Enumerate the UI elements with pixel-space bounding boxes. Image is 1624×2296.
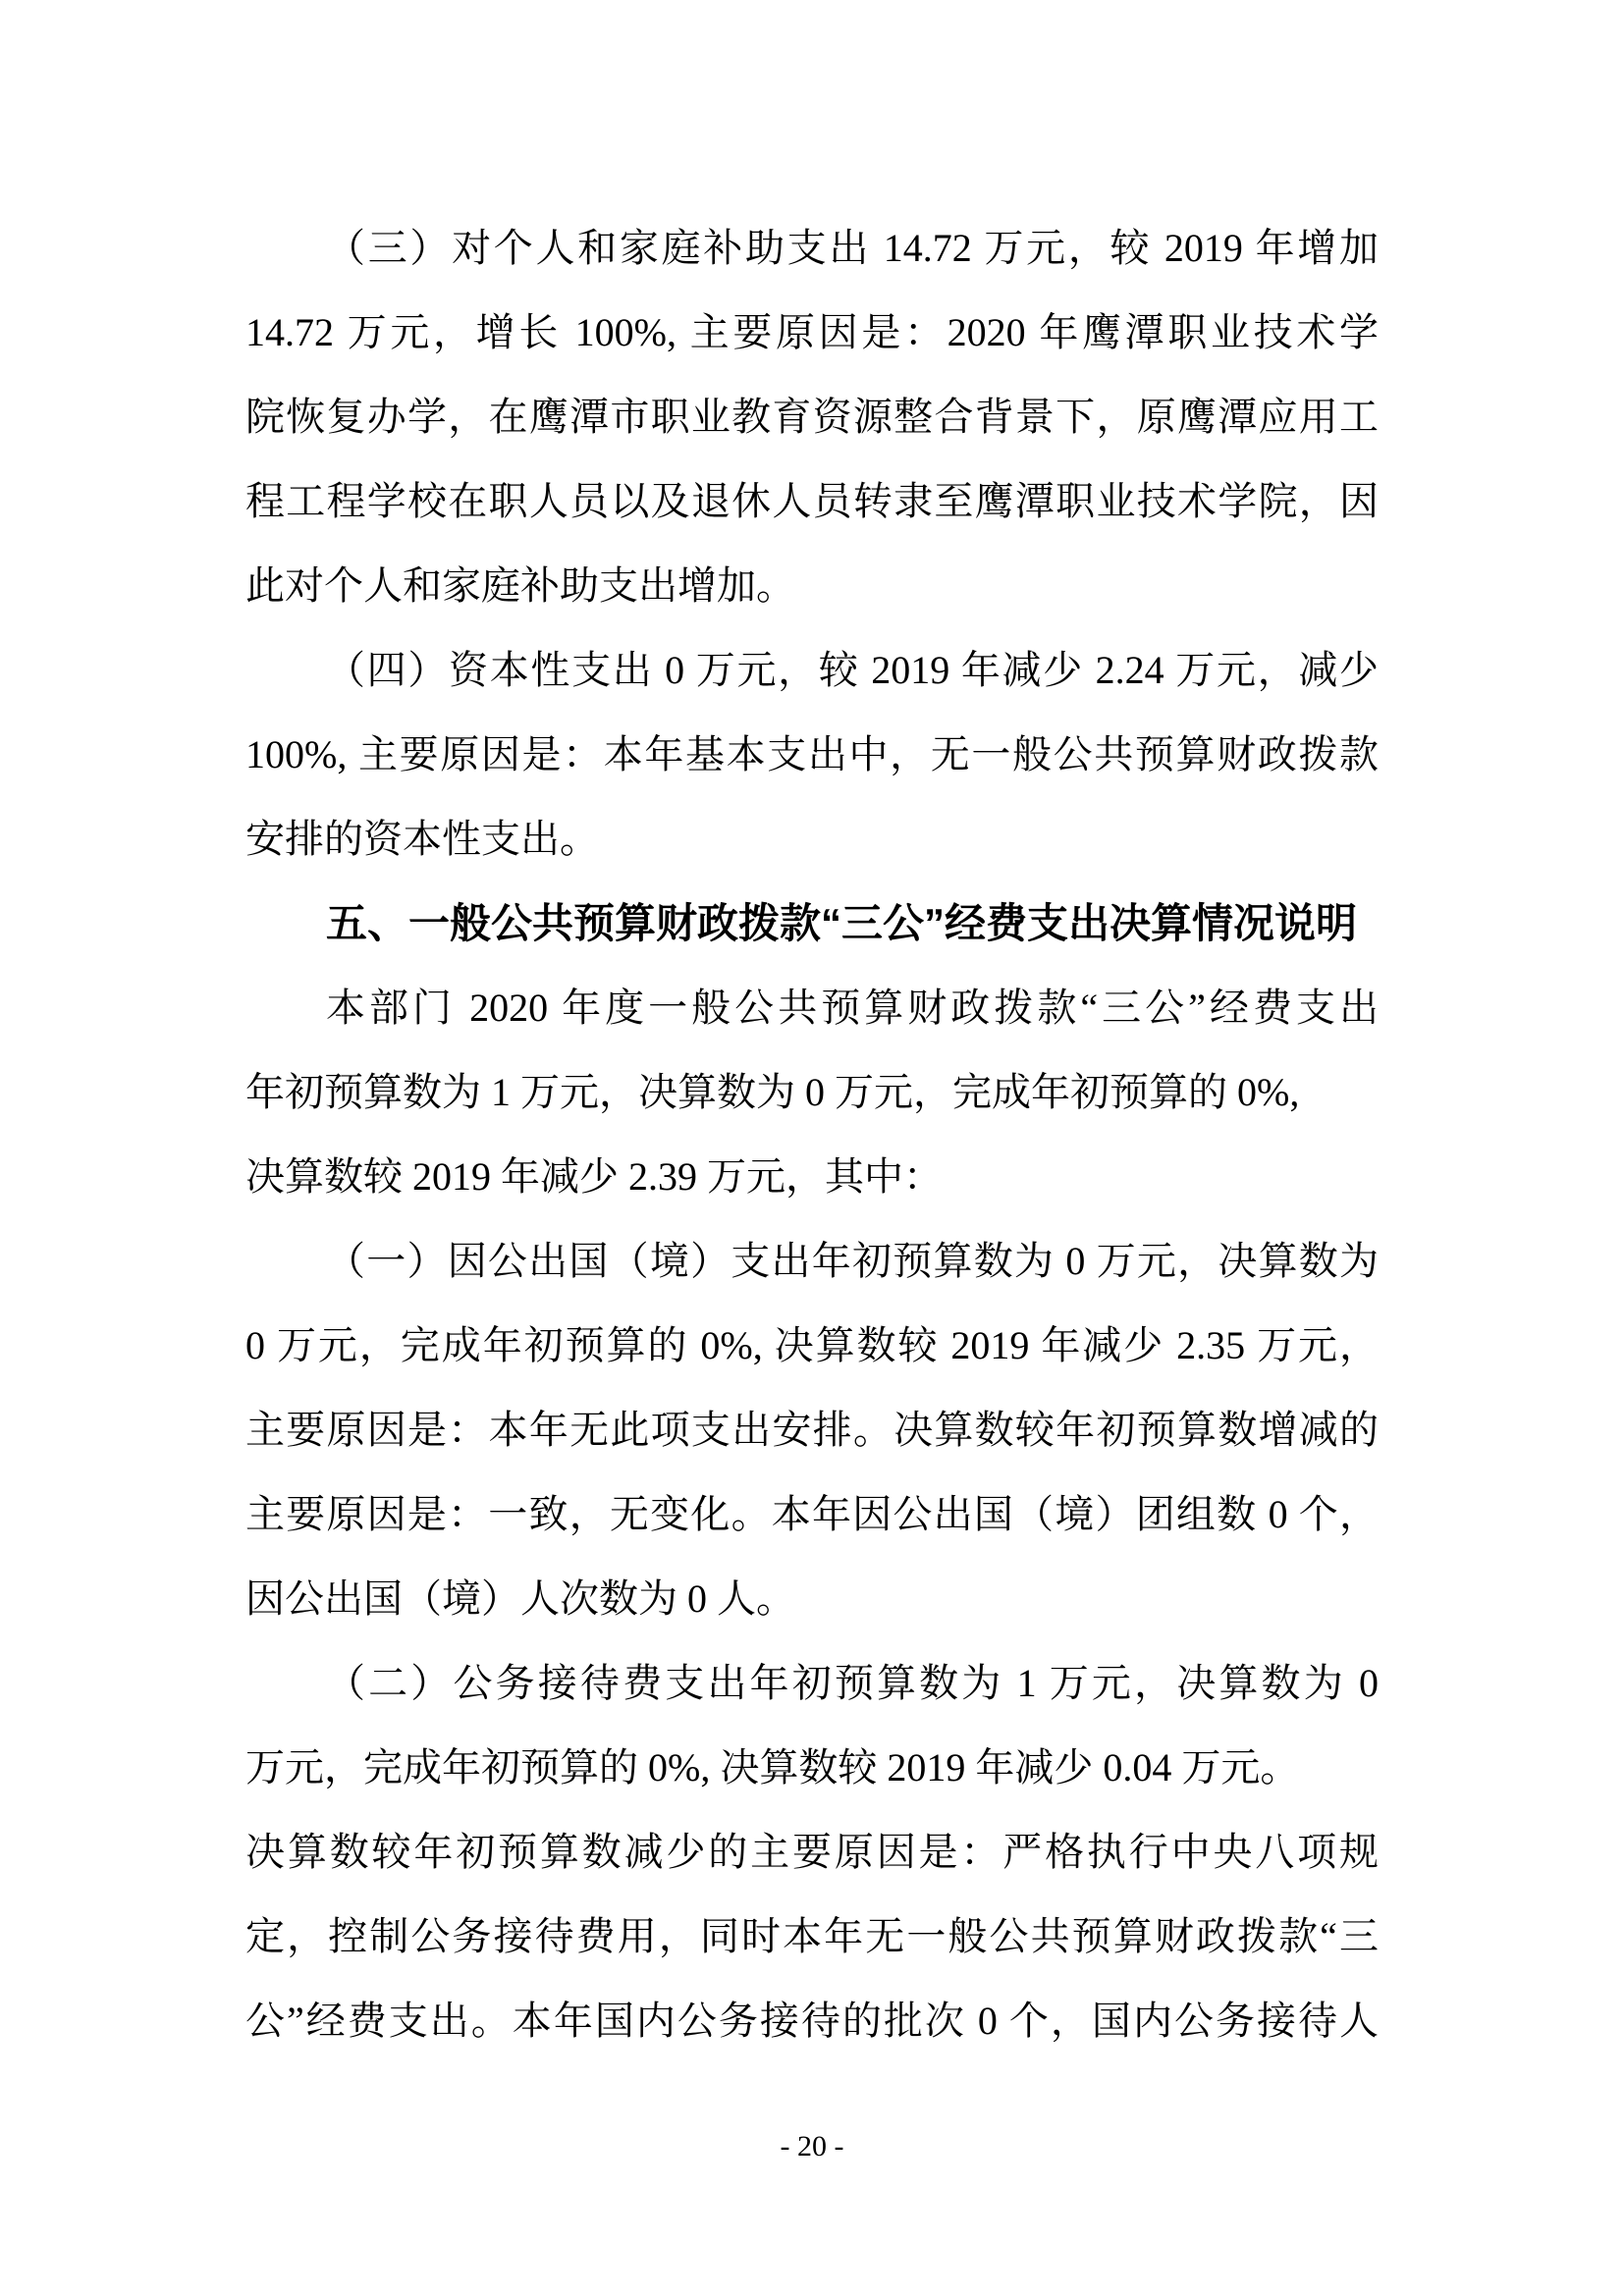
text-line: 因公出国（境）人次数为 0 人。 [245,1557,1379,1641]
text-line: 定，控制公务接待费用，同时本年无一般公共预算财政拨款“三 [245,1895,1379,1979]
text-line: 程工程学校在职人员以及退休人员转隶至鹰潭职业技术学院，因 [245,459,1379,544]
text-line: 主要原因是：一致，无变化。本年因公出国（境）团组数 0 个， [245,1472,1379,1557]
text-line: 公”经费支出。本年国内公务接待的批次 0 个，国内公务接待人 [245,1979,1379,2063]
text-line: （三）对个人和家庭补助支出 14.72 万元，较 2019 年增加 [245,206,1379,291]
text-line: 决算数较年初预算数减少的主要原因是：严格执行中央八项规 [245,1810,1379,1895]
text-line: 院恢复办学，在鹰潭市职业教育资源整合背景下，原鹰潭应用工 [245,375,1379,459]
text-line: 年初预算数为 1 万元，决算数为 0 万元，完成年初预算的 0%, [245,1050,1379,1135]
text-line: 决算数较 2019 年减少 2.39 万元，其中： [245,1135,1379,1219]
text-line: 100%, 主要原因是：本年基本支出中，无一般公共预算财政拨款 [245,713,1379,797]
section-heading: 五、一般公共预算财政拨款“三公”经费支出决算情况说明 [245,881,1379,966]
text-line: 此对个人和家庭补助支出增加。 [245,544,1379,628]
text-line: 万元，完成年初预算的 0%, 决算数较 2019 年减少 0.04 万元。 [245,1726,1379,1810]
text-line: 0 万元，完成年初预算的 0%, 决算数较 2019 年减少 2.35 万元， [245,1304,1379,1388]
document-body: （三）对个人和家庭补助支出 14.72 万元，较 2019 年增加 14.72 … [245,206,1379,2063]
page-footer: - 20 - [0,2130,1624,2163]
text-line: （二）公务接待费支出年初预算数为 1 万元，决算数为 0 [245,1641,1379,1726]
text-line: （一）因公出国（境）支出年初预算数为 0 万元，决算数为 [245,1219,1379,1304]
page-number: - 20 - [781,2130,844,2163]
text-line: 安排的资本性支出。 [245,797,1379,881]
document-page: （三）对个人和家庭补助支出 14.72 万元，较 2019 年增加 14.72 … [0,0,1624,2296]
text-line: 主要原因是：本年无此项支出安排。决算数较年初预算数增减的 [245,1388,1379,1472]
text-line: 本部门 2020 年度一般公共预算财政拨款“三公”经费支出 [245,966,1379,1050]
text-line: 14.72 万元，增长 100%, 主要原因是：2020 年鹰潭职业技术学 [245,291,1379,375]
text-line: （四）资本性支出 0 万元，较 2019 年减少 2.24 万元，减少 [245,628,1379,713]
